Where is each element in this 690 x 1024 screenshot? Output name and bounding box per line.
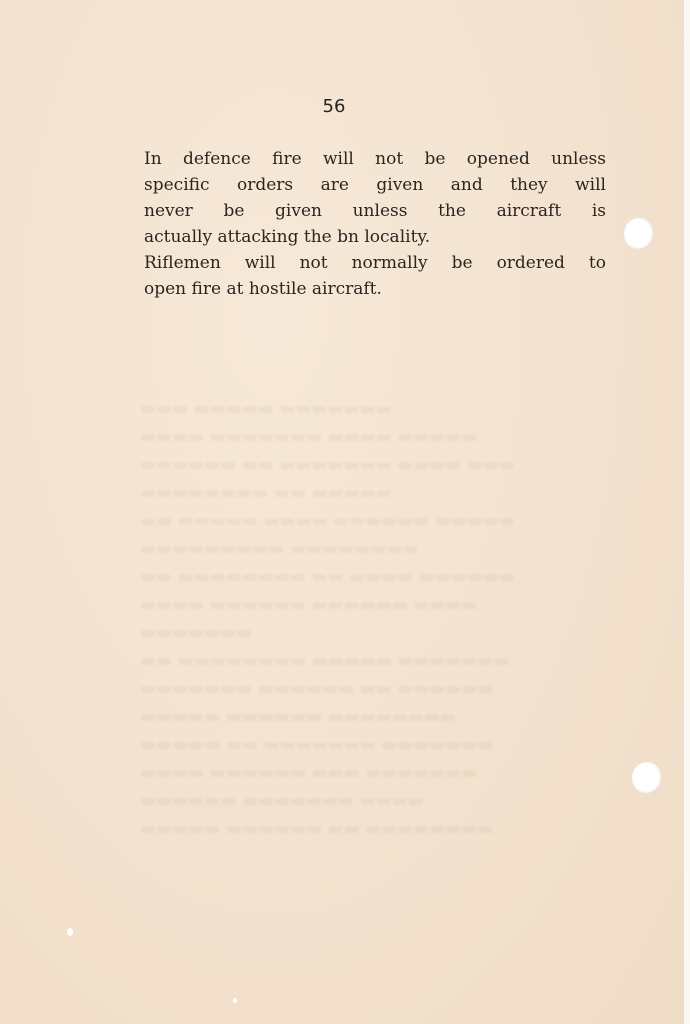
- text-line: specific orders are given and they will: [144, 172, 606, 198]
- paper-speck: [233, 998, 237, 1003]
- text-line: Riflemen will not normally be ordered to: [144, 250, 606, 276]
- punch-hole-icon: [632, 762, 662, 794]
- text-line: open fire at hostile aircraft.: [144, 276, 606, 302]
- punch-hole-icon: [624, 218, 654, 250]
- document-page: ▬▬▬ ▬▬▬▬▬ ▬▬▬▬▬▬▬ ▬▬▬▬ ▬▬▬▬▬▬▬ ▬▬▬▬ ▬▬▬▬…: [0, 0, 686, 1024]
- body-text: In defence fire will not be opened unles…: [144, 146, 606, 302]
- paper-speck: [67, 928, 73, 936]
- paragraph-defence-fire: In defence fire will not be opened unles…: [144, 146, 606, 250]
- text-line: never be given unless the aircraft is: [144, 198, 606, 224]
- text-line: In defence fire will not be opened unles…: [144, 146, 606, 172]
- show-through-text: ▬▬▬ ▬▬▬▬▬ ▬▬▬▬▬▬▬ ▬▬▬▬ ▬▬▬▬▬▬▬ ▬▬▬▬ ▬▬▬▬…: [140, 395, 610, 843]
- scan-margin: [684, 0, 690, 1024]
- paragraph-riflemen: Riflemen will not normally be ordered to…: [144, 250, 606, 302]
- page-number: 56: [0, 96, 668, 117]
- text-line: actually attacking the bn locality.: [144, 224, 606, 250]
